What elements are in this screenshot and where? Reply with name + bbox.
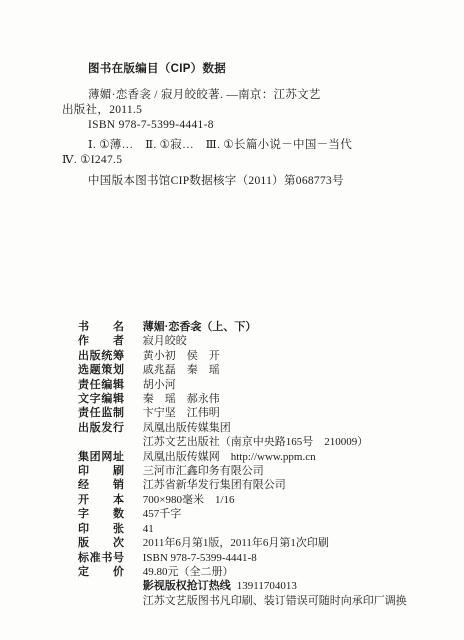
colophon-row-defect-exchange-notice: 江苏文艺版图书凡印刷、装订错误可随时向承印厂调换 <box>78 594 438 608</box>
cip-classification-line: Ⅰ. ①薄… Ⅱ. ①寂… Ⅲ. ①长篇小说－中国－当代 <box>88 138 412 153</box>
field-value: 41 <box>143 523 154 535</box>
field-value: 江苏省新华发行集团有限公司 <box>143 479 286 491</box>
cip-title-line: 薄媚·恋香衾 / 寂月皎皎著. —南京：江苏文艺 <box>88 88 412 103</box>
field-value: 凤凰出版传媒集团 <box>143 422 231 434</box>
hotline-label: 影视版权抢订热线 <box>143 580 231 592</box>
field-value: 寂月皎皎 <box>143 335 187 347</box>
colophon-row-edition: 版次 2011年6月第1版，2011年6月第1次印刷 <box>78 536 438 550</box>
colophon-row-text-editor: 文字编辑 秦 瑶 郝永伟 <box>78 392 438 406</box>
field-value: 秦 瑶 郝永伟 <box>143 393 220 405</box>
colophon-row-film-rights-hotline: 影视版权抢订热线13911704013 <box>78 579 438 593</box>
field-value: 700×980毫米 1/16 <box>143 494 235 506</box>
field-label: 印刷 <box>78 464 124 478</box>
field-label: 作者 <box>78 334 124 348</box>
field-value: 影视版权抢订热线13911704013 <box>143 580 297 592</box>
colophon-row-sheets: 印张 41 <box>78 522 438 536</box>
field-label: 责任监制 <box>78 406 124 420</box>
copyright-page: 图书在版编目（CIP）数据 薄媚·恋香衾 / 寂月皎皎著. —南京：江苏文艺 出… <box>0 0 464 640</box>
colophon-row-author: 作者 寂月皎皎 <box>78 334 438 348</box>
field-value: 457千字 <box>143 508 182 520</box>
field-value: ISBN 978-7-5399-4441-8 <box>143 552 257 564</box>
colophon-row-distributor: 经销 江苏省新华发行集团有限公司 <box>78 478 438 492</box>
field-value: 2011年6月第1版，2011年6月第1次印刷 <box>143 537 329 549</box>
field-value: 江苏文艺版图书凡印刷、装订错误可随时向承印厂调换 <box>143 595 407 607</box>
field-value: 黄小初 侯 开 <box>143 350 220 362</box>
field-label: 书名 <box>78 320 124 334</box>
field-label: 文字编辑 <box>78 392 124 406</box>
cip-classification-line-cont: Ⅳ. ①I247.5 <box>62 153 412 168</box>
field-label: 出版发行 <box>78 421 124 435</box>
field-label: 标准书号 <box>78 551 124 565</box>
colophon-row-production-supervisor: 责任监制 卞宁坚 江伟明 <box>78 406 438 420</box>
colophon-row-group-website: 集团网址 凤凰出版传媒网 http://www.ppm.cn <box>78 450 438 464</box>
colophon-row-publishing-coordinator: 出版统筹 黄小初 侯 开 <box>78 349 438 363</box>
field-label: 出版统筹 <box>78 349 124 363</box>
field-label: 开本 <box>78 493 124 507</box>
colophon-row-price: 定价 49.80元（全二册） <box>78 565 438 579</box>
field-value: 江苏文艺出版社（南京中央路165号 210009） <box>143 436 369 448</box>
field-value: 49.80元（全二册） <box>143 566 234 578</box>
field-value: 胡小河 <box>143 379 176 391</box>
colophon-row-word-count: 字数 457千字 <box>78 507 438 521</box>
colophon-row-isbn: 标准书号 ISBN 978-7-5399-4441-8 <box>78 551 438 565</box>
field-label: 定价 <box>78 565 124 579</box>
cip-title-line-cont: 出版社，2011.5 <box>62 103 412 118</box>
colophon-row-publisher: 出版发行 凤凰出版传媒集团 <box>78 421 438 435</box>
field-value: 三河市汇鑫印务有限公司 <box>143 465 264 477</box>
field-label: 经销 <box>78 478 124 492</box>
field-value: 戚兆磊 秦 瑶 <box>143 364 220 376</box>
field-label: 集团网址 <box>78 450 124 464</box>
cip-record-number: 中国版本图书馆CIP数据核字（2011）第068773号 <box>88 174 412 189</box>
cip-block: 图书在版编目（CIP）数据 薄媚·恋香衾 / 寂月皎皎著. —南京：江苏文艺 出… <box>62 62 412 189</box>
field-label: 选题策划 <box>78 363 124 377</box>
colophon-row-book-title: 书名 薄媚·恋香衾（上、下） <box>78 320 438 334</box>
cip-heading: 图书在版编目（CIP）数据 <box>88 62 412 77</box>
colophon-row-printer: 印刷 三河市汇鑫印务有限公司 <box>78 464 438 478</box>
field-label: 责任编辑 <box>78 378 124 392</box>
hotline-number: 13911704013 <box>237 580 297 592</box>
colophon-block: 书名 薄媚·恋香衾（上、下） 作者 寂月皎皎 出版统筹 黄小初 侯 开 选题策划… <box>78 320 438 608</box>
colophon-row-format: 开本 700×980毫米 1/16 <box>78 493 438 507</box>
colophon-row-responsible-editor: 责任编辑 胡小河 <box>78 378 438 392</box>
colophon-row-publisher-address: 江苏文艺出版社（南京中央路165号 210009） <box>78 435 438 449</box>
field-label: 字数 <box>78 507 124 521</box>
cip-isbn-line: ISBN 978-7-5399-4441-8 <box>88 118 412 133</box>
field-label: 版次 <box>78 536 124 550</box>
field-value: 卞宁坚 江伟明 <box>143 407 220 419</box>
colophon-row-topic-planning: 选题策划 戚兆磊 秦 瑶 <box>78 363 438 377</box>
field-value: 薄媚·恋香衾（上、下） <box>143 321 257 333</box>
field-value: 凤凰出版传媒网 http://www.ppm.cn <box>143 451 316 463</box>
field-label: 印张 <box>78 522 124 536</box>
